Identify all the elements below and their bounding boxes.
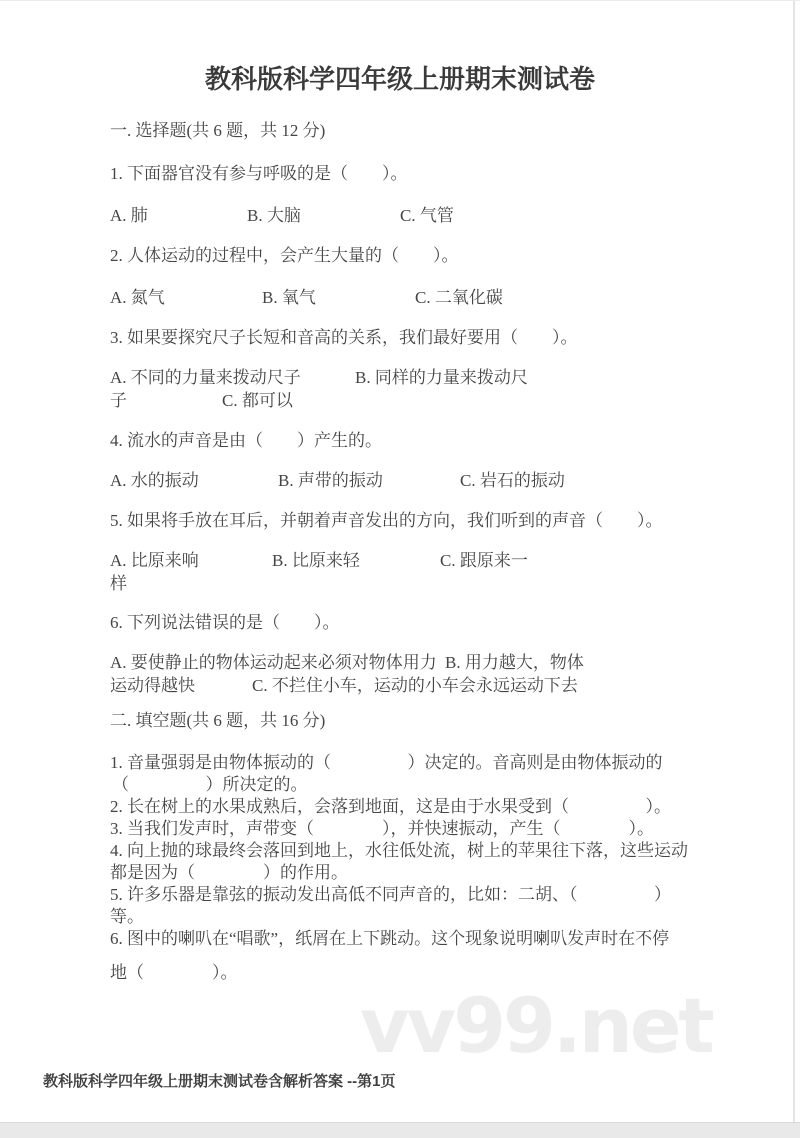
question-6-option-b: B. 用力越大，物体 (445, 653, 584, 673)
question-6-option-c: C. 不拦住小车，运动的小车会永远运动下去 (252, 676, 578, 696)
question-5-option-c: C. 跟原来一 (440, 551, 528, 571)
fill-question-3: 3. 当我们发声时，声带变（ ），并快速振动，产生（ ）。 (110, 819, 654, 839)
fill-question-5-line-1: 5. 许多乐器是靠弦的振动发出高低不同声音的，比如：二胡、（ ） (110, 885, 671, 905)
question-3-option-c: C. 都可以 (222, 391, 293, 411)
question-3-option-a: A. 不同的力量来拨动尺子 (110, 368, 301, 388)
question-5: 5. 如果将手放在耳后，并朝着声音发出的方向，我们听到的声音（ ）。 (110, 511, 663, 531)
page-footer: 教科版科学四年级上册期末测试卷含解析答案 --第1页 (43, 1070, 396, 1091)
question-3-option-b-wrap: 子 (110, 391, 127, 411)
question-2-option-b: B. 氧气 (262, 288, 316, 308)
question-4-option-b: B. 声带的振动 (278, 471, 383, 491)
document-page: 教科版科学四年级上册期末测试卷 一. 选择题(共 6 题，共 12 分) 1. … (0, 0, 800, 1138)
question-6-option-a: A. 要使静止的物体运动起来必须对物体用力 (110, 653, 437, 673)
question-3-option-b: B. 同样的力量来拨动尺 (355, 368, 528, 388)
fill-question-2: 2. 长在树上的水果成熟后，会落到地面，这是由于水果受到（ ）。 (110, 797, 671, 817)
question-6: 6. 下列说法错误的是（ ）。 (110, 613, 340, 633)
question-2-option-a: A. 氮气 (110, 288, 165, 308)
site-watermark: vv99.net (360, 981, 712, 1070)
fill-question-4-line-1: 4. 向上抛的球最终会落回到地上，水往低处流，树上的苹果往下落，这些运动 (110, 841, 688, 861)
question-1-option-b: B. 大脑 (247, 206, 301, 226)
fill-question-1-line-1: 1. 音量强弱是由物体振动的（ ）决定的。音高则是由物体振动的 (110, 753, 663, 773)
question-5-option-c-wrap: 样 (110, 574, 127, 594)
question-1: 1. 下面器官没有参与呼吸的是（ ）。 (110, 164, 408, 184)
page-title: 教科版科学四年级上册期末测试卷 (0, 59, 800, 96)
fill-question-6-line-2: 地（ ）。 (110, 963, 238, 983)
fill-question-4-line-2: 都是因为（ ）的作用。 (110, 863, 348, 883)
question-4-option-c: C. 岩石的振动 (460, 471, 565, 491)
question-5-option-b: B. 比原来轻 (272, 551, 360, 571)
page-edge-line (793, 1, 795, 1122)
question-5-option-a: A. 比原来响 (110, 551, 199, 571)
question-1-option-a: A. 肺 (110, 206, 148, 226)
bottom-bar (0, 1122, 800, 1138)
section2-header: 二. 填空题(共 6 题，共 16 分) (110, 711, 325, 731)
question-1-option-c: C. 气管 (400, 206, 454, 226)
question-2: 2. 人体运动的过程中，会产生大量的（ ）。 (110, 246, 459, 266)
question-6-option-b-wrap: 运动得越快 (110, 676, 195, 696)
question-2-option-c: C. 二氧化碳 (415, 288, 503, 308)
fill-question-5-line-2: 等。 (110, 907, 144, 927)
fill-question-1-line-2: （ ）所决定的。 (112, 775, 308, 795)
section1-header: 一. 选择题(共 6 题，共 12 分) (110, 121, 325, 141)
question-4-option-a: A. 水的振动 (110, 471, 199, 491)
question-3: 3. 如果要探究尺子长短和音高的关系，我们最好要用（ ）。 (110, 328, 578, 348)
question-4: 4. 流水的声音是由（ ）产生的。 (110, 431, 382, 451)
fill-question-6-line-1: 6. 图中的喇叭在“唱歌”，纸屑在上下跳动。这个现象说明喇叭发声时在不停 (110, 929, 669, 949)
